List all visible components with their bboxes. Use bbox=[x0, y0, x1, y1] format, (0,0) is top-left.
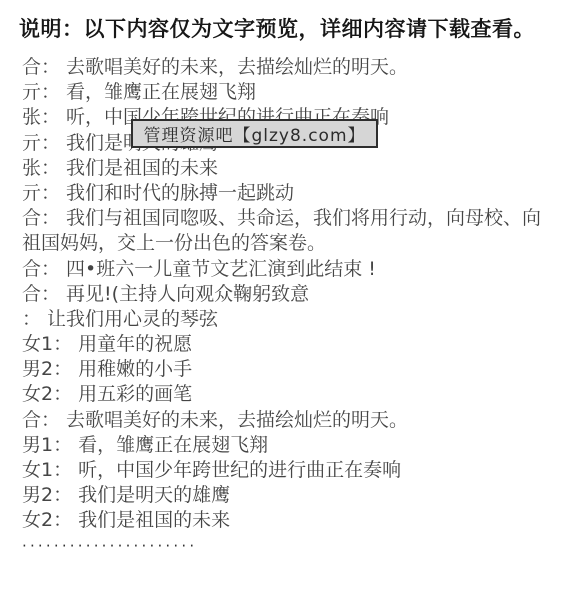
script-line: 男2： 我们是明天的雄鹰 bbox=[22, 483, 567, 508]
script-line: 亓： 看，雏鹰正在展翅飞翔 bbox=[22, 80, 567, 105]
script-line: 男1： 看，雏鹰正在展翅飞翔 bbox=[22, 433, 567, 458]
script-line: 张： 我们是祖国的未来 bbox=[22, 156, 567, 181]
script-line: ： 让我们用心灵的琴弦 bbox=[22, 307, 567, 332]
script-line: 女2： 我们是祖国的未来 bbox=[22, 508, 567, 533]
script-line: 女1： 听，中国少年跨世纪的进行曲正在奏响 bbox=[22, 458, 567, 483]
script-line: 合： 去歌唱美好的未来，去描绘灿烂的明天。 bbox=[22, 55, 567, 80]
script-line: 合： 再见!(主持人向观众鞠躬致意 bbox=[22, 282, 567, 307]
ellipsis-row: ······················ bbox=[22, 534, 567, 559]
script-line: 祖国妈妈，交上一份出色的答案卷。 bbox=[22, 231, 567, 256]
script-line: 合： 去歌唱美好的未来，去描绘灿烂的明天。 bbox=[22, 408, 567, 433]
script-line: 合： 我们与祖国同唿吸、共命运，我们将用行动，向母校、向 bbox=[22, 206, 567, 231]
script-line: 女2： 用五彩的画笔 bbox=[22, 382, 567, 407]
script-line: 亓： 我们和时代的脉搏一起跳动 bbox=[22, 181, 567, 206]
script-line: 合： 四•班六一儿童节文艺汇演到此结束 ! bbox=[22, 257, 567, 282]
script-line: 女1： 用童年的祝愿 bbox=[22, 332, 567, 357]
script-line: 男2： 用稚嫩的小手 bbox=[22, 357, 567, 382]
preview-notice-heading: 说明：以下内容仅为文字预览，详细内容请下载查看。 bbox=[19, 13, 535, 43]
watermark-link[interactable]: 管理资源吧【glzy8.com】 bbox=[131, 119, 378, 148]
